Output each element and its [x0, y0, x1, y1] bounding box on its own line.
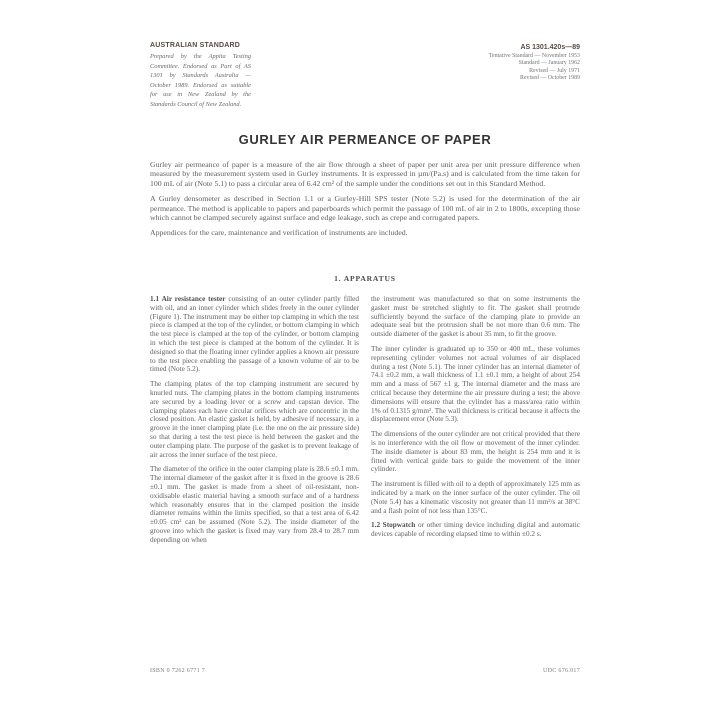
header-left-block: AUSTRALIAN STANDARD Prepared by the Appi… [150, 42, 251, 110]
history-line: Tentative Standard — November 1953 [360, 53, 580, 60]
clause-number-label: 1.2 Stopwatch [371, 521, 415, 529]
intro-paragraph: A Gurley densometer as described in Sect… [150, 194, 580, 222]
document-page: AUSTRALIAN STANDARD Prepared by the Appi… [0, 0, 722, 722]
two-column-body: 1.1 Air resistance tester consisting of … [150, 295, 580, 551]
history-line: Standard — January 1962 [360, 60, 580, 67]
udc-footer: UDC 676.017 [543, 668, 580, 674]
right-column: the instrument was manufactured so that … [371, 295, 580, 551]
header-right-block: AS 1301.420s—89 Tentative Standard — Nov… [360, 44, 580, 83]
body-paragraph: The instrument is filled with oil to a d… [371, 480, 580, 515]
left-column: 1.1 Air resistance tester consisting of … [150, 295, 359, 551]
history-line: Revised — October 1989 [360, 75, 580, 82]
document-number: AS 1301.420s—89 [360, 44, 580, 51]
body-paragraph: 1.1 Air resistance tester consisting of … [150, 295, 359, 374]
history-line: Revised — July 1971 [360, 68, 580, 75]
body-paragraph: The inner cylinder is graduated up to 35… [371, 345, 580, 424]
section-heading-apparatus: 1. APPARATUS [150, 274, 580, 283]
intro-paragraph: Gurley air permeance of paper is a measu… [150, 160, 580, 188]
intro-paragraph: Appendices for the care, maintenance and… [150, 228, 580, 237]
body-paragraph: The dimensions of the outer cylinder are… [371, 430, 580, 474]
body-paragraph: the instrument was manufactured so that … [371, 295, 580, 339]
body-paragraph: The diameter of the orifice in the outer… [150, 465, 359, 544]
prepared-by-note: Prepared by the Appita Testing Committee… [150, 52, 251, 110]
body-paragraph: The clamping plates of the top clamping … [150, 380, 359, 459]
standard-label: AUSTRALIAN STANDARD [150, 42, 251, 49]
intro-section: Gurley air permeance of paper is a measu… [150, 160, 580, 244]
isbn-footer: ISBN 0 7262 6771 7 [150, 668, 205, 674]
body-paragraph: 1.2 Stopwatch or other timing device inc… [371, 521, 580, 539]
page-title: GURLEY AIR PERMEANCE OF PAPER [150, 132, 580, 147]
clause-number-label: 1.1 Air resistance tester [150, 295, 226, 303]
